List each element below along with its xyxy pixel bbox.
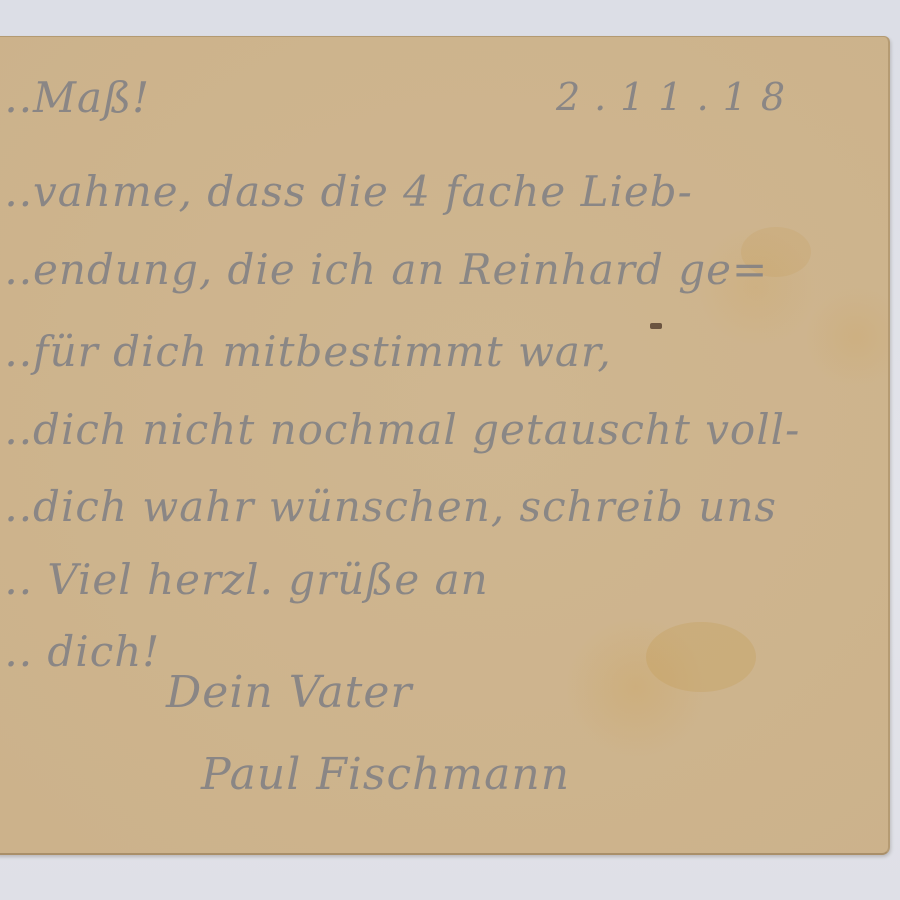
closing: Dein Vater xyxy=(166,667,412,718)
handwritten-line: ...Maß! xyxy=(0,73,150,122)
handwritten-line: ...endung, die ich an Reinhard ge= xyxy=(0,245,768,294)
handwritten-line: ...für dich mitbestimmt war, xyxy=(0,327,612,376)
handwritten-line: ...dich wahr wünschen, schreib uns xyxy=(0,482,777,531)
handwritten-line: ...dich nicht nochmal getauscht voll- xyxy=(0,405,800,454)
postcard: 2.11.18 ...Maß! ...vahme, dass die 4 fac… xyxy=(0,36,890,855)
handwritten-line: ... dich! xyxy=(0,627,160,676)
date: 2.11.18 xyxy=(556,75,799,119)
water-stain xyxy=(646,622,756,692)
handwritten-line: ... Viel herzl. grüße an xyxy=(0,555,489,604)
handwritten-line: ...vahme, dass die 4 fache Lieb- xyxy=(0,167,693,216)
ink-blot xyxy=(650,323,662,329)
signature: Paul Fischmann xyxy=(201,749,570,800)
